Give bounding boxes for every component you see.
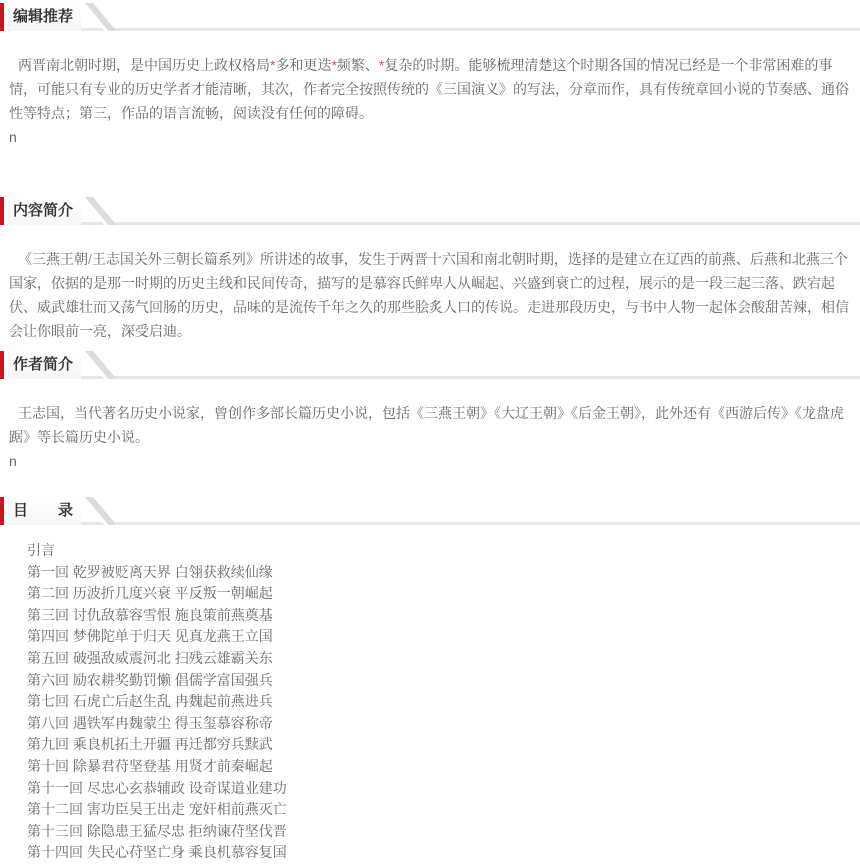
toc-item: 第十一回 尽忠心玄恭辅政 设奇谋道业建功 (27, 778, 851, 800)
toc-item: 第五回 破强敌威震河北 扫残云雄霸关东 (27, 648, 851, 670)
text-segment: 多和更迭 (275, 57, 331, 73)
section-content-intro: 内容简介 《三燕王朝/王志国关外三朝长篇系列》所讲述的故事，发生于两晋十六国和南… (0, 197, 860, 343)
stray-n-text: n (9, 449, 851, 473)
toc-item: 引言 (27, 540, 851, 562)
toc-item: 第七回 石虎亡后赵生乱 冉魏起前燕进兵 (27, 691, 851, 713)
toc-item: 第三回 讨仇敌慕容雪恨 施良策前燕奠基 (27, 605, 851, 627)
section-header: 内容简介 (0, 197, 860, 225)
author-intro-paragraph: 王志国，当代著名历史小说家，曾创作多部长篇历史小说，包括《三燕王朝》《大辽王朝》… (9, 401, 851, 449)
header-rule-line (0, 376, 860, 379)
toc-item: 第一回 乾罗被贬离天界 白翎获救续仙缘 (27, 562, 851, 584)
section-tab: 作者简介 (0, 351, 81, 379)
section-header: 编辑推荐 (0, 3, 860, 31)
stray-n-text: n (9, 125, 851, 149)
toc-item: 第十回 除暴君苻坚登基 用贤才前秦崛起 (27, 756, 851, 778)
section-author-intro: 作者简介 王志国，当代著名历史小说家，曾创作多部长篇历史小说，包括《三燕王朝》《… (0, 351, 860, 473)
section-title: 作者简介 (13, 351, 73, 379)
tab-slant-edge (81, 351, 116, 379)
text-segment: 频繁、 (337, 57, 379, 73)
tab-slant-edge (81, 197, 116, 225)
section-tab: 内容简介 (0, 197, 81, 225)
section-tab: 编辑推荐 (0, 3, 81, 31)
section-title: 内容简介 (13, 197, 73, 225)
toc-list: 引言第一回 乾罗被贬离天界 白翎获救续仙缘第二回 历波折几度兴衰 平反叛一朝崛起… (0, 525, 860, 864)
toc-item: 第二回 历波折几度兴衰 平反叛一朝崛起 (27, 583, 851, 605)
toc-item: 第十四回 失民心苻坚亡身 乘良机慕容复国 (27, 842, 851, 864)
red-accent-bar (0, 351, 4, 379)
section-title: 目 录 (13, 497, 73, 525)
section-tab: 目 录 (0, 497, 81, 525)
text-segment: 王志国关外三朝长篇系列》所讲述的故事，发生于两晋十六国和南北朝时期，选择的是建立… (9, 251, 849, 339)
toc-item: 第六回 励农耕奖勤罚懒 倡儒学富国强兵 (27, 670, 851, 692)
section-header: 目 录 (0, 497, 860, 525)
text-segment: 两晋南北朝时期，是中国历史上政权格局 (18, 57, 270, 73)
section-editor-recommend: 编辑推荐 两晋南北朝时期，是中国历史上政权格局*多和更迭*频繁、*复杂的时期。能… (0, 3, 860, 149)
red-accent-bar (0, 497, 4, 525)
content-intro-paragraph: 《三燕王朝/王志国关外三朝长篇系列》所讲述的故事，发生于两晋十六国和南北朝时期，… (9, 247, 851, 343)
header-rule-line (0, 522, 860, 525)
red-accent-bar (0, 197, 4, 225)
section-toc: 目 录 引言第一回 乾罗被贬离天界 白翎获救续仙缘第二回 历波折几度兴衰 平反叛… (0, 497, 860, 864)
section-title: 编辑推荐 (13, 3, 73, 31)
toc-item: 第九回 乘良机拓土开疆 再迁都穷兵黩武 (27, 734, 851, 756)
text-segment: 《三燕王朝 (18, 251, 88, 267)
toc-item: 第十三回 除隐患王猛尽忠 拒纳谏苻坚伐晋 (27, 821, 851, 843)
toc-item: 第十二回 害功臣吴王出走 宠奸相前燕灭亡 (27, 799, 851, 821)
tab-slant-edge (81, 497, 116, 525)
section-body: 《三燕王朝/王志国关外三朝长篇系列》所讲述的故事，发生于两晋十六国和南北朝时期，… (0, 225, 860, 343)
tab-slant-edge (81, 3, 116, 31)
section-body: 两晋南北朝时期，是中国历史上政权格局*多和更迭*频繁、*复杂的时期。能够梳理清楚… (0, 31, 860, 149)
toc-item: 第四回 梦佛陀单于归天 见真龙燕王立国 (27, 626, 851, 648)
toc-item: 第八回 遇铁军冉魏蒙尘 得玉玺慕容称帝 (27, 713, 851, 735)
section-body: 王志国，当代著名历史小说家，曾创作多部长篇历史小说，包括《三燕王朝》《大辽王朝》… (0, 379, 860, 473)
header-rule-line (0, 222, 860, 225)
editor-recommend-paragraph: 两晋南北朝时期，是中国历史上政权格局*多和更迭*频繁、*复杂的时期。能够梳理清楚… (9, 53, 851, 125)
section-header: 作者简介 (0, 351, 860, 379)
red-accent-bar (0, 3, 4, 31)
header-rule-line (0, 28, 860, 31)
